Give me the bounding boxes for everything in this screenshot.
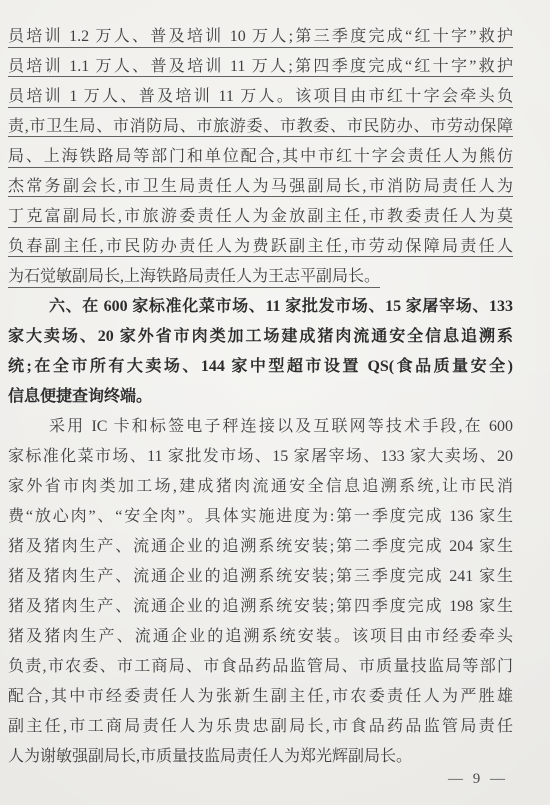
text-line: 猪及猪肉生产、流通企业的追溯系统安装;第二季度完成 204 家生 <box>8 532 513 562</box>
hand-underlined-text: 责,市卫生局、市消防局、市旅游委、市教委、市民防办、市劳动保障 <box>8 118 513 135</box>
text-line: 信息便捷查询终端。 <box>8 382 513 412</box>
hand-underlined-text: 为石觉敏副局长,上海铁路局责任人为王志平副局长。 <box>8 268 380 285</box>
text-line: 负春副主任,市民防办责任人为费跃副主任,市劳动保障局责任人 <box>8 232 513 262</box>
text-line: 杰常务副会长,市卫生局责任人为马强副局长,市消防局责任人为 <box>8 172 513 202</box>
hand-underlined-text: 杰常务副会长,市卫生局责任人为马强副局长,市消防局责任人为 <box>8 178 513 195</box>
text-line: 人为谢敏强副局长,市质量技监局责任人为郑光辉副局长。 <box>8 742 513 772</box>
text-line: 采用 IC 卡和标签电子秤连接以及互联网等技术手段,在 600 <box>8 412 513 442</box>
text-line: 员培训 1.1 万人、普及培训 11 万人;第四季度完成“红十字”救护 <box>8 52 513 82</box>
hand-underlined-text: 丁克富副局长,市旅游委责任人为金放副主任,市教委责任人为莫 <box>8 208 513 225</box>
text-line: 猪及猪肉生产、流通企业的追溯系统安装;第四季度完成 198 家生 <box>8 592 513 622</box>
text-line: 费“放心肉”、“安全肉”。具体实施进度为:第一季度完成 136 家生 <box>8 502 513 532</box>
text-line: 家大卖场、20 家外省市肉类加工场建成猪肉流通安全信息追溯系 <box>8 322 513 352</box>
text-line: 员培训 1.2 万人、普及培训 10 万人;第三季度完成“红十字”救护 <box>8 22 513 52</box>
text-line: 负责,市农委、市工商局、市食品药品监管局、市质量技监局等部门 <box>8 652 513 682</box>
text-line: 责,市卫生局、市消防局、市旅游委、市教委、市民防办、市劳动保障 <box>8 112 513 142</box>
text-line: 配合,其中市经委责任人为张新生副主任,市农委责任人为严胜雄 <box>8 682 513 712</box>
text-line: 丁克富副局长,市旅游委责任人为金放副主任,市教委责任人为莫 <box>8 202 513 232</box>
hand-underlined-text: 员培训 1 万人、普及培训 11 万人。该项目由市红十字会牵头负 <box>8 88 513 105</box>
hand-underlined-text: 局、上海铁路局等部门和单位配合,其中市红十字会责任人为熊仿 <box>8 148 513 165</box>
text-line: 家外省市肉类加工场,建成猪肉流通安全信息追溯系统,让市民消 <box>8 472 513 502</box>
text-line: 猪及猪肉生产、流通企业的追溯系统安装。该项目由市经委牵头 <box>8 622 513 652</box>
text-line: 为石觉敏副局长,上海铁路局责任人为王志平副局长。 <box>8 262 513 292</box>
text-line: 局、上海铁路局等部门和单位配合,其中市红十字会责任人为熊仿 <box>8 142 513 172</box>
text-line: 六、在 600 家标准化菜市场、11 家批发市场、15 家屠宰场、133 <box>8 292 513 322</box>
text-line: 家标准化菜市场、11 家批发市场、15 家屠宰场、133 家大卖场、20 <box>8 442 513 472</box>
text-line: 副主任,市工商局责任人为乐贵忠副局长,市食品药品监管局责任 <box>8 712 513 742</box>
text-line: 统;在全市所有大卖场、144 家中型超市设置 QS(食品质量安全) <box>8 352 513 382</box>
scanned-document-page: 员培训 1.2 万人、普及培训 10 万人;第三季度完成“红十字”救护员培训 1… <box>0 0 550 805</box>
hand-underlined-text: 员培训 1.1 万人、普及培训 11 万人;第四季度完成“红十字”救护 <box>8 58 513 75</box>
hand-underlined-text: 员培训 1.2 万人、普及培训 10 万人;第三季度完成“红十字”救护 <box>8 28 513 45</box>
page-number: — 9 — <box>448 771 508 788</box>
document-body: 员培训 1.2 万人、普及培训 10 万人;第三季度完成“红十字”救护员培训 1… <box>8 22 513 772</box>
text-line: 员培训 1 万人、普及培训 11 万人。该项目由市红十字会牵头负 <box>8 82 513 112</box>
hand-underlined-text: 负春副主任,市民防办责任人为费跃副主任,市劳动保障局责任人 <box>8 238 513 255</box>
text-line: 猪及猪肉生产、流通企业的追溯系统安装;第三季度完成 241 家生 <box>8 562 513 592</box>
